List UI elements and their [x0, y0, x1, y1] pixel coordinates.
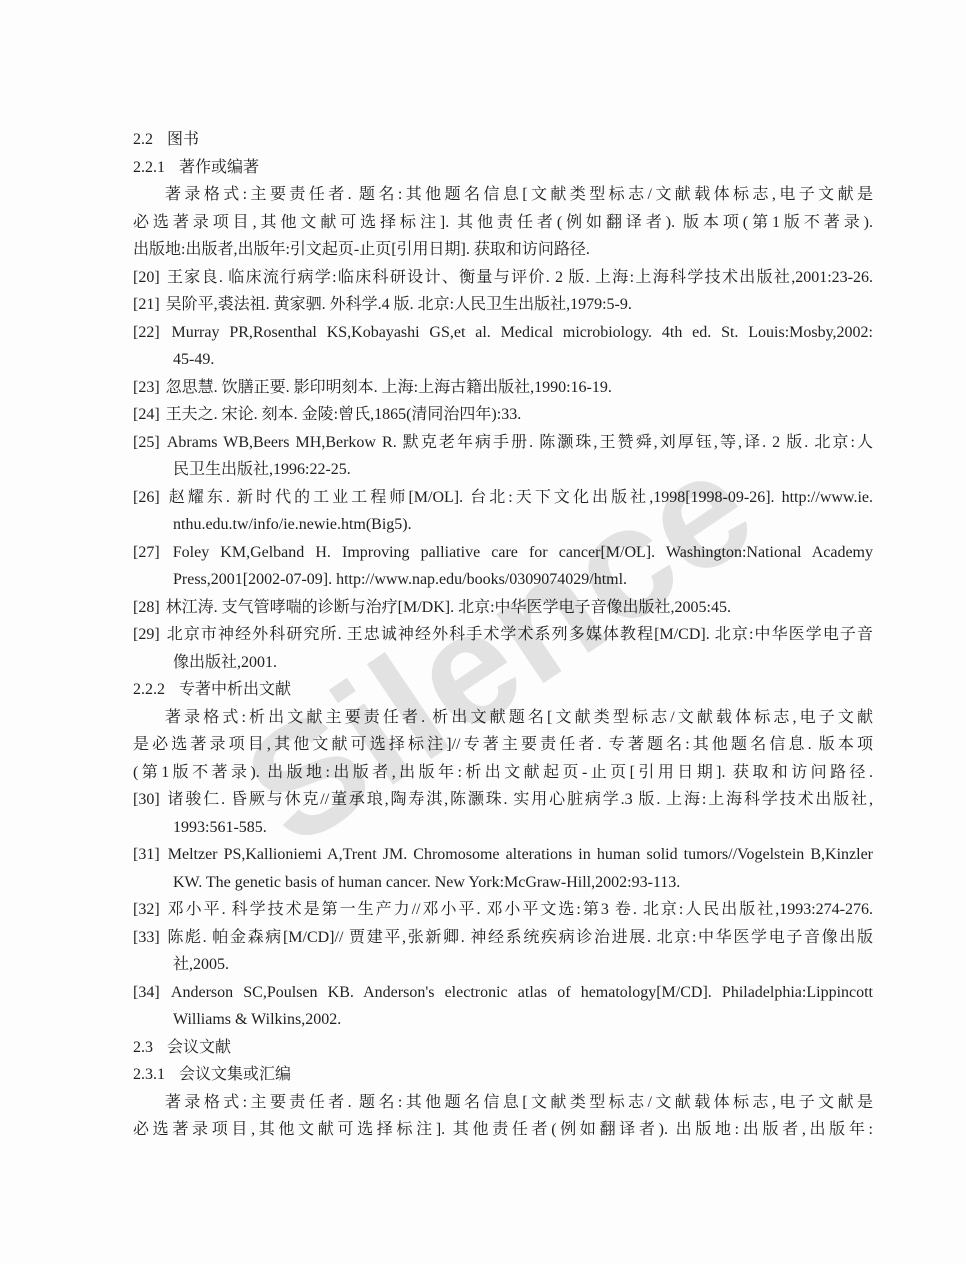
heading-title: 会议文集或汇编 — [179, 1066, 291, 1083]
heading-number: 2.3 — [133, 1039, 153, 1056]
reference-text: 王家良. 临床流行病学:临床科研设计、衡量与评价. 2 版. 上海:上海科学技术… — [167, 269, 873, 286]
heading-number: 2.2.2 — [133, 681, 165, 698]
reference-31-line-1: [31] Meltzer PS,Kallioniemi A,Trent JM. … — [133, 841, 873, 869]
reference-22-line-2: 45-49. — [133, 346, 873, 374]
reference-text: 北京市神经外科研究所. 王忠诚神经外科手术学术系列多媒体教程[M/CD]. 北京… — [167, 626, 873, 643]
reference-25-line-1: [25] Abrams WB,Beers MH,Berkow R. 默克老年病手… — [133, 429, 873, 457]
reference-33-line-1: [33] 陈彪. 帕金森病[M/CD]// 贾建平,张新卿. 神经系统疾病诊治进… — [133, 924, 873, 952]
reference-24-line-1: [24] 王夫之. 宋论. 刻本. 金陵:曾氏,1865(清同治四年):33. — [133, 401, 873, 429]
reference-26-line-1: [26] 赵耀东. 新时代的工业工程师[M/OL]. 台北:天下文化出版社,19… — [133, 484, 873, 512]
reference-text: 邓小平. 科学技术是第一生产力//邓小平. 邓小平文选:第3 卷. 北京:人民出… — [168, 901, 873, 918]
section-heading-2.3: 2.3会议文献 — [133, 1034, 873, 1062]
document-content: 2.2图书2.2.1著作或编著著录格式:主要责任者. 题名:其他题名信息[文献类… — [133, 126, 873, 1144]
heading-number: 2.2 — [133, 131, 153, 148]
paragraph-line: 著录格式:主要责任者. 题名:其他题名信息[文献类型标志/文献载体标志,电子文献… — [133, 1089, 873, 1117]
paragraph-line: (第1版不著录). 出版地:出版者,出版年:析出文献起页-止页[引用日期]. 获… — [133, 759, 873, 787]
reference-text: 王夫之. 宋论. 刻本. 金陵:曾氏,1865(清同治四年):33. — [166, 406, 522, 423]
reference-22-line-1: [22] Murray PR,Rosenthal KS,Kobayashi GS… — [133, 319, 873, 347]
reference-27-line-1: [27] Foley KM,Gelband H. Improving palli… — [133, 539, 873, 567]
reference-number: [31] — [133, 846, 160, 863]
heading-title: 专著中析出文献 — [179, 681, 291, 698]
reference-29-line-1: [29] 北京市神经外科研究所. 王忠诚神经外科手术学术系列多媒体教程[M/CD… — [133, 621, 873, 649]
reference-text: 诸骏仁. 昏厥与休克//董承琅,陶寿淇,陈灏珠. 实用心脏病学.3 版. 上海:… — [168, 791, 873, 808]
reference-number: [34] — [133, 984, 160, 1001]
reference-number: [25] — [133, 434, 160, 451]
reference-33-line-2: 社,2005. — [133, 951, 873, 979]
reference-25-line-2: 民卫生出版社,1996:22-25. — [133, 456, 873, 484]
paragraph-line: 必选著录项目,其他文献可选择标注]. 其他责任者(例如翻译者). 版本项(第1版… — [133, 209, 873, 237]
reference-text: 赵耀东. 新时代的工业工程师[M/OL]. 台北:天下文化出版社,1998[19… — [169, 489, 873, 506]
reference-number: [26] — [133, 489, 160, 506]
reference-text: Foley KM,Gelband H. Improving palliative… — [173, 544, 873, 561]
reference-text: 林江涛. 支气管哮喘的诊断与治疗[M/DK]. 北京:中华医学电子音像出版社,2… — [166, 599, 731, 616]
reference-30-line-2: 1993:561-585. — [133, 814, 873, 842]
reference-26-line-2: nthu.edu.tw/info/ie.newie.htm(Big5). — [133, 511, 873, 539]
section-heading-2.3.1: 2.3.1会议文集或汇编 — [133, 1061, 873, 1089]
reference-number: [33] — [133, 929, 160, 946]
reference-number: [21] — [133, 296, 160, 313]
reference-number: [29] — [133, 626, 160, 643]
reference-text: Meltzer PS,Kallioniemi A,Trent JM. Chrom… — [168, 846, 873, 863]
reference-20-line-1: [20] 王家良. 临床流行病学:临床科研设计、衡量与评价. 2 版. 上海:上… — [133, 264, 873, 292]
heading-title: 著作或编著 — [179, 159, 259, 176]
reference-34-line-1: [34] Anderson SC,Poulsen KB. Anderson's … — [133, 979, 873, 1007]
reference-23-line-1: [23] 忽思慧. 饮膳正要. 影印明刻本. 上海:上海古籍出版社,1990:1… — [133, 374, 873, 402]
section-heading-2.2.2: 2.2.2专著中析出文献 — [133, 676, 873, 704]
reference-29-line-2: 像出版社,2001. — [133, 649, 873, 677]
reference-number: [24] — [133, 406, 160, 423]
reference-30-line-1: [30] 诸骏仁. 昏厥与休克//董承琅,陶寿淇,陈灏珠. 实用心脏病学.3 版… — [133, 786, 873, 814]
reference-number: [22] — [133, 324, 160, 341]
reference-text: 忽思慧. 饮膳正要. 影印明刻本. 上海:上海古籍出版社,1990:16-19. — [166, 379, 612, 396]
paragraph-line: 出版地:出版者,出版年:引文起页-止页[引用日期]. 获取和访问路径. — [133, 236, 873, 264]
reference-32-line-1: [32] 邓小平. 科学技术是第一生产力//邓小平. 邓小平文选:第3 卷. 北… — [133, 896, 873, 924]
reference-27-line-2: Press,2001[2002-07-09]. http://www.nap.e… — [133, 566, 873, 594]
reference-21-line-1: [21] 吴阶平,裘法祖. 黄家驷. 外科学.4 版. 北京:人民卫生出版社,1… — [133, 291, 873, 319]
reference-number: [32] — [133, 901, 160, 918]
paragraph-line: 是必选著录项目,其他文献可选择标注]//专著主要责任者. 专著题名:其他题名信息… — [133, 731, 873, 759]
paragraph-line: 著录格式:主要责任者. 题名:其他题名信息[文献类型标志/文献载体标志,电子文献… — [133, 181, 873, 209]
heading-number: 2.2.1 — [133, 159, 165, 176]
reference-number: [27] — [133, 544, 160, 561]
heading-number: 2.3.1 — [133, 1066, 165, 1083]
heading-title: 图书 — [167, 131, 199, 148]
reference-text: 吴阶平,裘法祖. 黄家驷. 外科学.4 版. 北京:人民卫生出版社,1979:5… — [166, 296, 632, 313]
reference-text: Abrams WB,Beers MH,Berkow R. 默克老年病手册. 陈灏… — [167, 434, 873, 451]
reference-number: [20] — [133, 269, 160, 286]
reference-34-line-2: Williams & Wilkins,2002. — [133, 1006, 873, 1034]
reference-number: [28] — [133, 599, 160, 616]
reference-text: 陈彪. 帕金森病[M/CD]// 贾建平,张新卿. 神经系统疾病诊治进展. 北京… — [167, 929, 873, 946]
heading-title: 会议文献 — [167, 1039, 231, 1056]
reference-31-line-2: KW. The genetic basis of human cancer. N… — [133, 869, 873, 897]
section-heading-2.2: 2.2图书 — [133, 126, 873, 154]
reference-number: [30] — [133, 791, 160, 808]
reference-28-line-1: [28] 林江涛. 支气管哮喘的诊断与治疗[M/DK]. 北京:中华医学电子音像… — [133, 594, 873, 622]
reference-text: Anderson SC,Poulsen KB. Anderson's elect… — [171, 984, 873, 1001]
document-page: 2.2图书2.2.1著作或编著著录格式:主要责任者. 题名:其他题名信息[文献类… — [0, 0, 966, 1264]
reference-number: [23] — [133, 379, 160, 396]
paragraph-line: 必选著录项目,其他文献可选择标注]. 其他责任者(例如翻译者). 出版地:出版者… — [133, 1116, 873, 1144]
paragraph-line: 著录格式:析出文献主要责任者. 析出文献题名[文献类型标志/文献载体标志,电子文… — [133, 704, 873, 732]
reference-text: Murray PR,Rosenthal KS,Kobayashi GS,et a… — [172, 324, 874, 341]
section-heading-2.2.1: 2.2.1著作或编著 — [133, 154, 873, 182]
